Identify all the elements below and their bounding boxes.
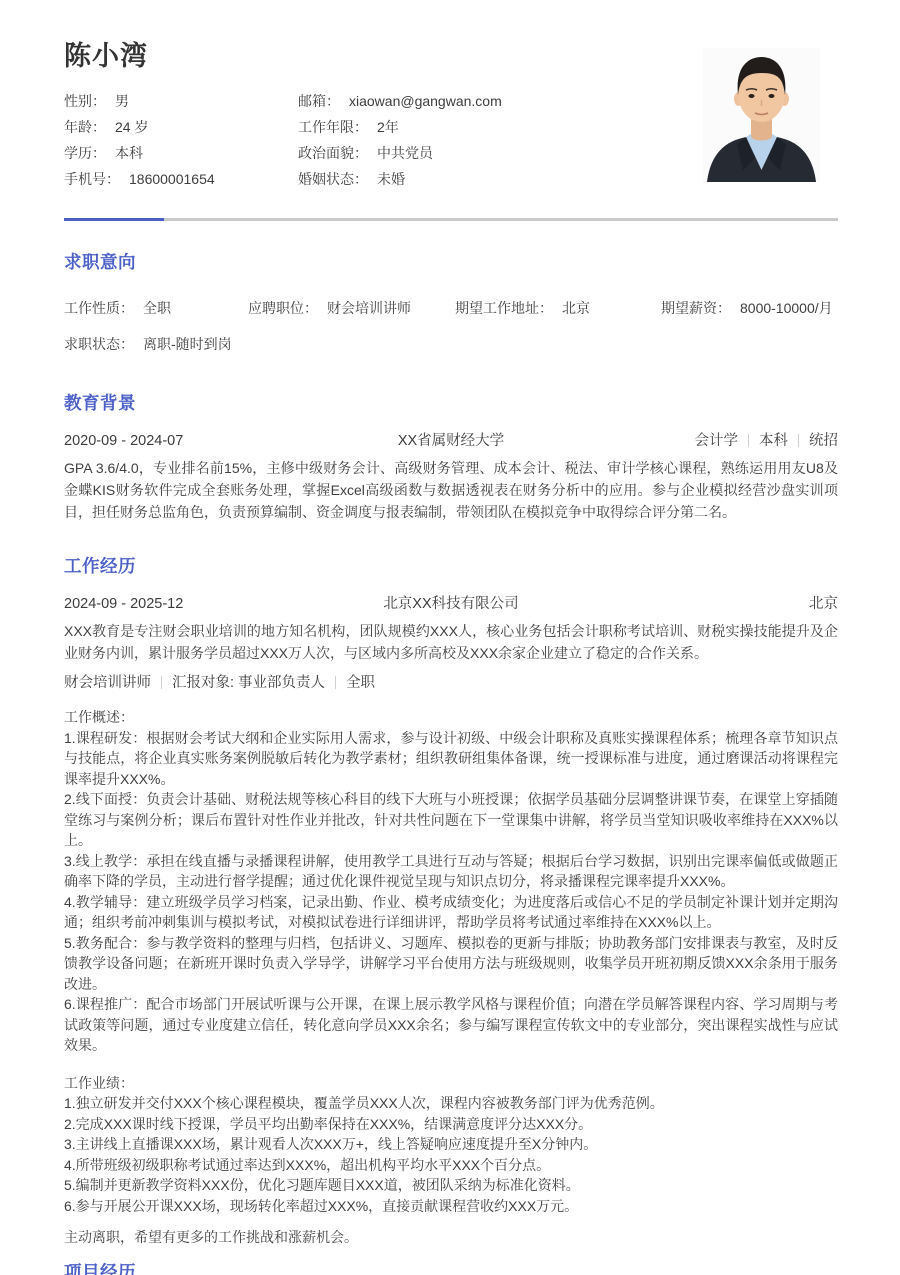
section-title-project: 项目经历 [64, 1261, 136, 1275]
job-seeking-status: 求职状态：离职-随时到岗 [64, 334, 838, 354]
work-employment-type: 全职 [346, 675, 375, 691]
target-position: 应聘职位：财会培训讲师 [248, 298, 455, 318]
resume-page: 陈小湾 性别：男 邮箱：xiaowan@gangwan.com 年龄：24 岁 … [0, 0, 900, 1275]
info-gender: 性别：男 [64, 88, 298, 114]
company-intro: XXX教育是专注财会职业培训的地方知名机构，团队规模约XXX人，核心业务包括会计… [64, 620, 838, 664]
work-row: 2024-09 - 2025-12 北京XX科技有限公司 北京 [64, 594, 838, 614]
info-education-level: 学历：本科 [64, 140, 298, 166]
info-phone: 手机号：18600001654 [64, 166, 298, 192]
education-degree-info: 会计学本科统招 [610, 431, 838, 451]
job-nature: 工作性质：全职 [64, 298, 248, 318]
expected-location: 期望工作地址：北京 [455, 298, 661, 318]
work-overview: 工作概述： 1.课程研发：根据财会考试大纲和企业实际用人需求，参与设计初级、中级… [64, 707, 838, 1056]
work-achievement-item: 4.所带班级初级职称考试通过率达到XXX%，超出机构平均水平XXX个百分点。 [64, 1155, 838, 1176]
work-achievement-item: 6.参与开展公开课XXX场，现场转化率超过XXX%，直接贡献课程营收约XXX万元… [64, 1196, 838, 1217]
work-overview-item: 2.线下面授：负责会计基础、财税法规等核心科目的线下大班与小班授课；依据学员基础… [64, 789, 838, 851]
work-achievements: 工作业绩： 1.独立研发并交付XXX个核心课程模块，覆盖学员XXX人次，课程内容… [64, 1073, 838, 1217]
education-enroll-type: 统招 [809, 433, 838, 449]
section-title-job-intent: 求职意向 [64, 251, 838, 273]
header-divider-accent [64, 218, 164, 221]
expected-salary: 期望薪资：8000-10000/月 [661, 298, 838, 318]
education-period: 2020-09 - 2024-07 [64, 431, 292, 451]
education-row: 2020-09 - 2024-07 XX省属财经大学 会计学本科统招 [64, 431, 838, 451]
section-title-education: 教育背景 [64, 392, 838, 414]
job-intent-fields: 工作性质：全职 应聘职位：财会培训讲师 期望工作地址：北京 期望薪资：8000-… [64, 298, 838, 318]
work-overview-title: 工作概述： [64, 707, 838, 728]
work-achievement-item: 3.主讲线上直播课XXX场，累计观看人次XXX万+，线上答疑响应速度提升至X分钟… [64, 1134, 838, 1155]
education-school: XX省属财经大学 [292, 431, 611, 451]
work-overview-item: 6.课程推广：配合市场部门开展试听课与公开课，在课上展示教学风格与课程价值；向潜… [64, 994, 838, 1056]
separator [798, 434, 799, 447]
section-title-work: 工作经历 [64, 555, 838, 577]
separator [335, 676, 336, 689]
work-overview-item: 5.教务配合：参与教学资料的整理与归档，包括讲义、习题库、模拟卷的更新与排版；协… [64, 933, 838, 995]
education-degree: 本科 [759, 433, 788, 449]
work-achievement-item: 1.独立研发并交付XXX个核心课程模块，覆盖学员XXX人次，课程内容被教务部门评… [64, 1093, 838, 1114]
leave-reason: 主动离职，希望有更多的工作挑战和涨薪机会。 [64, 1227, 838, 1247]
separator [161, 676, 162, 689]
work-achievements-title: 工作业绩： [64, 1073, 838, 1094]
education-major: 会计学 [694, 433, 738, 449]
header-divider [64, 218, 838, 221]
work-achievement-item: 5.编制并更新教学资料XXX份，优化习题库题目XXX道，被团队采纳为标准化资料。 [64, 1175, 838, 1196]
work-overview-item: 4.教学辅导：建立班级学员学习档案，记录出勤、作业、模考成绩变化；为进度落后或信… [64, 892, 838, 933]
education-description: GPA 3.6/4.0，专业排名前15%，主修中级财务会计、高级财务管理、成本会… [64, 457, 838, 523]
work-overview-item: 1.课程研发：根据财会考试大纲和企业实际用人需求，参与设计初级、中级会计职称及真… [64, 728, 838, 790]
separator [748, 434, 749, 447]
info-age: 年龄：24 岁 [64, 114, 298, 140]
work-report-to: 汇报对象: 事业部负责人 [172, 675, 325, 691]
portrait-illustration [703, 48, 820, 182]
work-location: 北京 [610, 594, 838, 614]
work-period: 2024-09 - 2025-12 [64, 594, 292, 614]
candidate-photo [703, 48, 820, 182]
work-position-row: 财会培训讲师汇报对象: 事业部负责人全职 [64, 672, 838, 694]
work-company: 北京XX科技有限公司 [292, 594, 611, 614]
work-overview-item: 3.线上教学：承担在线直播与录播课程讲解，使用教学工具进行互动与答疑；根据后台学… [64, 851, 838, 892]
work-position: 财会培训讲师 [64, 675, 151, 691]
work-achievement-item: 2.完成XXX课时线下授课，学员平均出勤率保持在XXX%，结课满意度评分达XXX… [64, 1114, 838, 1135]
